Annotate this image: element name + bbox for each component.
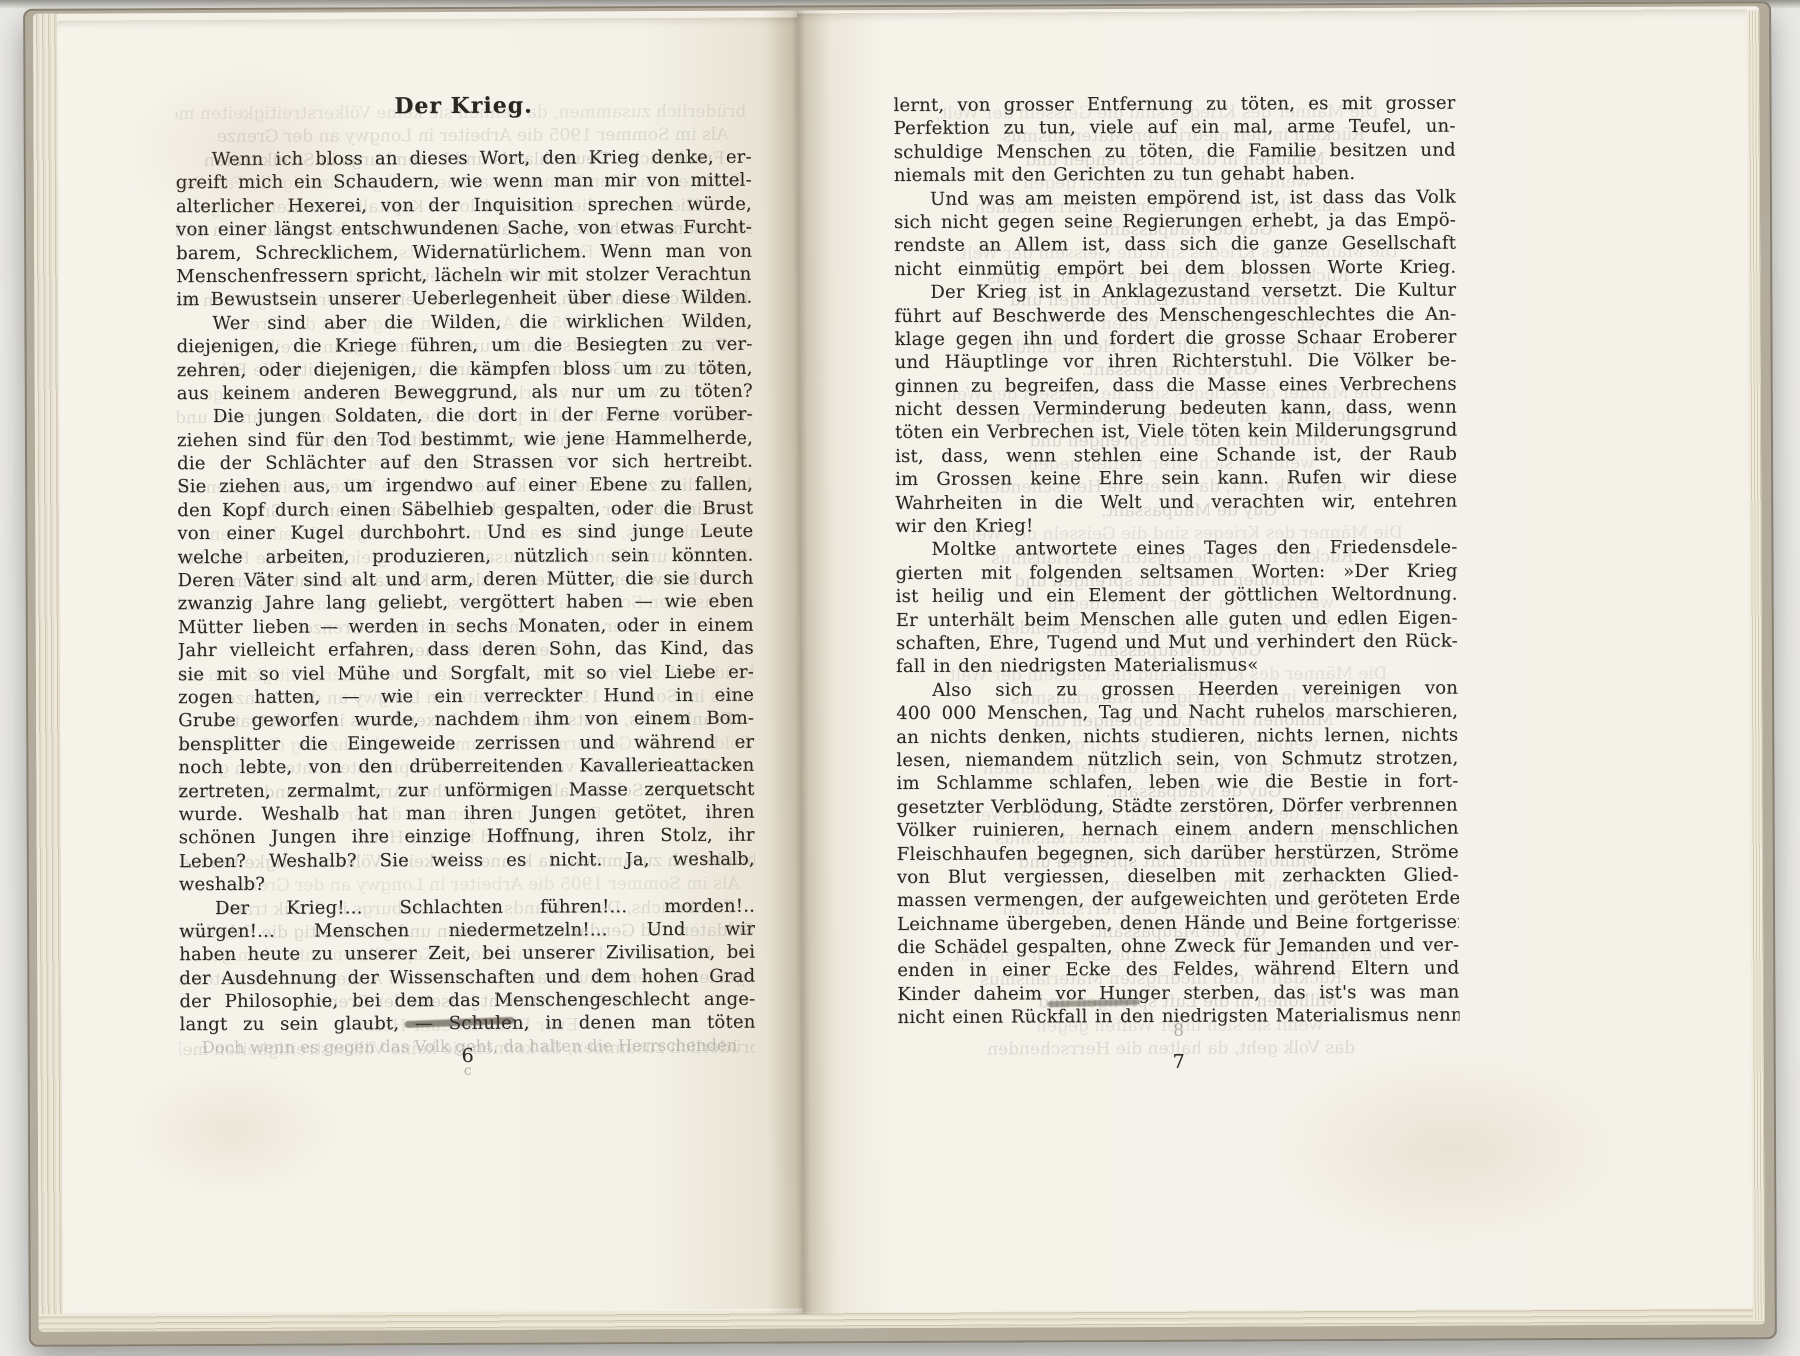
photo-of-open-book: brüderlich zusammen, da kennen sie keine… [0,0,1800,1356]
left-page: brüderlich zusammen, da kennen sie keine… [57,17,803,1311]
text-line: ginnen zu begreifen, dass die Masse eine… [895,372,1457,398]
text-line: klage gegen ihn und fordert die grosse S… [894,325,1456,351]
text-line: lernt, von grosser Entfernung zu töten, … [893,92,1455,118]
text-line: sie mit so viel Mühe und Sorgfalt, mit s… [178,660,754,686]
text-line: Sie ziehen aus, um irgendwo auf einer Eb… [177,473,753,499]
text-line: niemals mit den Gerichten zu tun gehabt … [894,162,1456,188]
page-number-area: 6 c [180,1044,756,1081]
text-line: zwanzig Jahre lang geliebt, vergöttert h… [178,590,754,616]
text-line: führt auf Beschwerde des Menschengeschle… [894,302,1456,328]
page-number-area: 7 [898,1050,1460,1074]
text-line: zehren, oder diejenigen, die kämpfen blo… [177,356,753,382]
text-line: von einer längst entschwundenen Sache, v… [176,216,752,242]
text-line: Deren Väter sind alt und arm, deren Mütt… [178,567,754,593]
text-line: lesen, niemandem nützlich sein, von Schm… [896,747,1458,773]
body-text: Wenn ich bloss an dieses Wort, den Krieg… [176,146,756,1037]
text-line: welche arbeiten, produzieren, nützlich s… [177,543,753,569]
text-line: Wenn ich bloss an dieses Wort, den Krieg… [176,146,752,172]
right-page-text-column: Die Männer des Krieges sind die Geisseln… [893,92,1460,1306]
text-line: an nichts denken, nichts studieren, nich… [896,723,1458,749]
text-line: Er unterhält beim Menschen alle guten un… [896,606,1458,632]
text-line: Perfektion zu tun, viele auf ein mal, ar… [894,115,1456,141]
text-line: im Schlamme schlafen, leben wie die Best… [896,770,1458,796]
text-line: nicht einmütig empört bei dem blossen Wo… [894,255,1456,281]
ghost-page-number: 8 [898,1020,1460,1042]
text-line: aus keinem anderen Beweggrund, als nur u… [177,380,753,406]
text-line: rendste an Allem ist, dass sich die ganz… [894,232,1456,258]
text-line: den Kopf durch einen Säbelhieb gespalten… [177,496,753,522]
text-line: der Philosophie, bei dem das Menschenges… [179,988,755,1014]
text-line: Und was am meisten empörend ist, ist das… [894,185,1456,211]
text-line: fall in den niedrigsten Materialismus« [896,653,1458,679]
text-line: nicht dessen Verminderung bedeuten kann,… [895,396,1457,422]
text-line: würgen!... Menschen niedermetzeln!... Un… [179,918,755,944]
text-line: haben heute zu unserer Zeit, bei unserer… [179,941,755,967]
text-line: Kinder daheim vor Hunger sterben, das is… [897,980,1459,1006]
text-line: Grube geworfen wurde, nachdem ihm von ei… [178,707,754,733]
text-line: 400 000 Menschen, Tag und Nacht ruhelos … [896,700,1458,726]
ghost-mark: c [180,1062,756,1081]
text-line: zogen hatten, — wie ein verreckter Hund … [178,684,754,710]
chapter-title: Der Krieg. [175,92,751,149]
text-line: wir den Krieg! [895,513,1457,539]
text-line: bensplitter die Eingeweide zerrissen und… [178,730,754,756]
text-line: diejenigen, die Kriege führen, um die Be… [177,333,753,359]
text-line: barem, Schrecklichem, Widernatürlichem. … [176,239,752,265]
text-line: Leben? Weshalb? Sie weiss es nicht. Ja, … [179,847,755,873]
text-line: noch lebte, von den drüberreitenden Kava… [178,754,754,780]
text-line: töten ein Verbrechen ist, Viele töten ke… [895,419,1457,445]
text-line: gierten mit folgenden seltsamen Worten: … [896,559,1458,585]
text-line: Der Krieg!... Schlachten führen!... mord… [179,894,755,920]
text-line: die der Schlächter auf den Strassen vor … [177,450,753,476]
text-line: von einer Kugel durchbohrt. Und es sind … [177,520,753,546]
text-line: gesetzter Verblödung, Städte zerstören, … [897,793,1459,819]
text-line: ist heilig und ein Element der göttliche… [896,583,1458,609]
text-line: greift mich ein Schaudern, wie wenn man … [176,169,752,195]
body-text: lernt, von grosser Entfernung zu töten, … [893,92,1459,1030]
left-page-text-column: brüderlich zusammen, da kennen sie keine… [175,92,756,1306]
text-line: sich nicht gegen seine Regierungen erheb… [894,209,1456,235]
text-line: weshalb? [179,871,755,897]
text-line: Wer sind aber die Wilden, die wirklichen… [176,309,752,335]
text-line: Menschenfressern spricht, lächeln wir mi… [176,263,752,289]
text-line: alterlicher Hexerei, von der Inquisition… [176,192,752,218]
text-line: enden in einer Ecke des Feldes, während … [897,957,1459,983]
text-line: Jahr vielleicht erfahren, dass deren Soh… [178,637,754,663]
text-line: wurde. Weshalb hat man ihren Jungen getö… [179,801,755,827]
page-number: 7 [898,1050,1460,1074]
text-line: Fleischhaufen begegnen, sich darüber her… [897,840,1459,866]
text-line: ziehen sind für den Tod bestimmt, wie je… [177,426,753,452]
text-line: ist, dass, wenn stehlen eine Schande ist… [895,442,1457,468]
text-line: im Grossen keine Ehre sein kann. Rufen w… [895,466,1457,492]
text-line: von Blut vergiessen, dieselben mit zerha… [897,863,1459,889]
text-line: Mütter lieben — werden in sechs Monaten,… [178,613,754,639]
text-line: schaften, Ehre, Tugend und Mut und verhi… [896,630,1458,656]
right-page: Die Männer des Krieges sind die Geisseln… [797,9,1753,1312]
text-line: schönen Jungen ihre einzige Hoffnung, ih… [179,824,755,850]
text-line: massen vermengen, der aufgeweichten und … [897,887,1459,913]
text-line: Moltke antwortete eines Tages den Friede… [895,536,1457,562]
text-line: im Bewustsein unserer Ueberlegenheit übe… [176,286,752,312]
paper-block: brüderlich zusammen, da kennen sie keine… [33,6,1765,1332]
text-line: der Ausdehnung der Wissenschaften und de… [179,964,755,990]
text-line: und Häuptlinge vor ihren Richterstuhl. D… [895,349,1457,375]
text-line: Die jungen Soldaten, die dort in der Fer… [177,403,753,429]
text-line: zertreten, zermalmt, zur unförmigen Mass… [178,777,754,803]
text-line: schuldige Menschen zu töten, die Familie… [894,138,1456,164]
text-line: Der Krieg ist in Anklagezustand versetzt… [894,279,1456,305]
text-line: Wahrheiten in die Welt und verachten wir… [895,489,1457,515]
open-book: brüderlich zusammen, da kennen sie keine… [23,1,1777,1347]
text-line: Also sich zu grossen Heerden vereinigen … [896,676,1458,702]
text-line: Völker ruinieren, hernach einem andern m… [897,817,1459,843]
text-line: die Schädel gespalten, ohne Zweck für Je… [897,934,1459,960]
text-line: Leichname übergeben, denen Hände und Bei… [897,910,1459,936]
